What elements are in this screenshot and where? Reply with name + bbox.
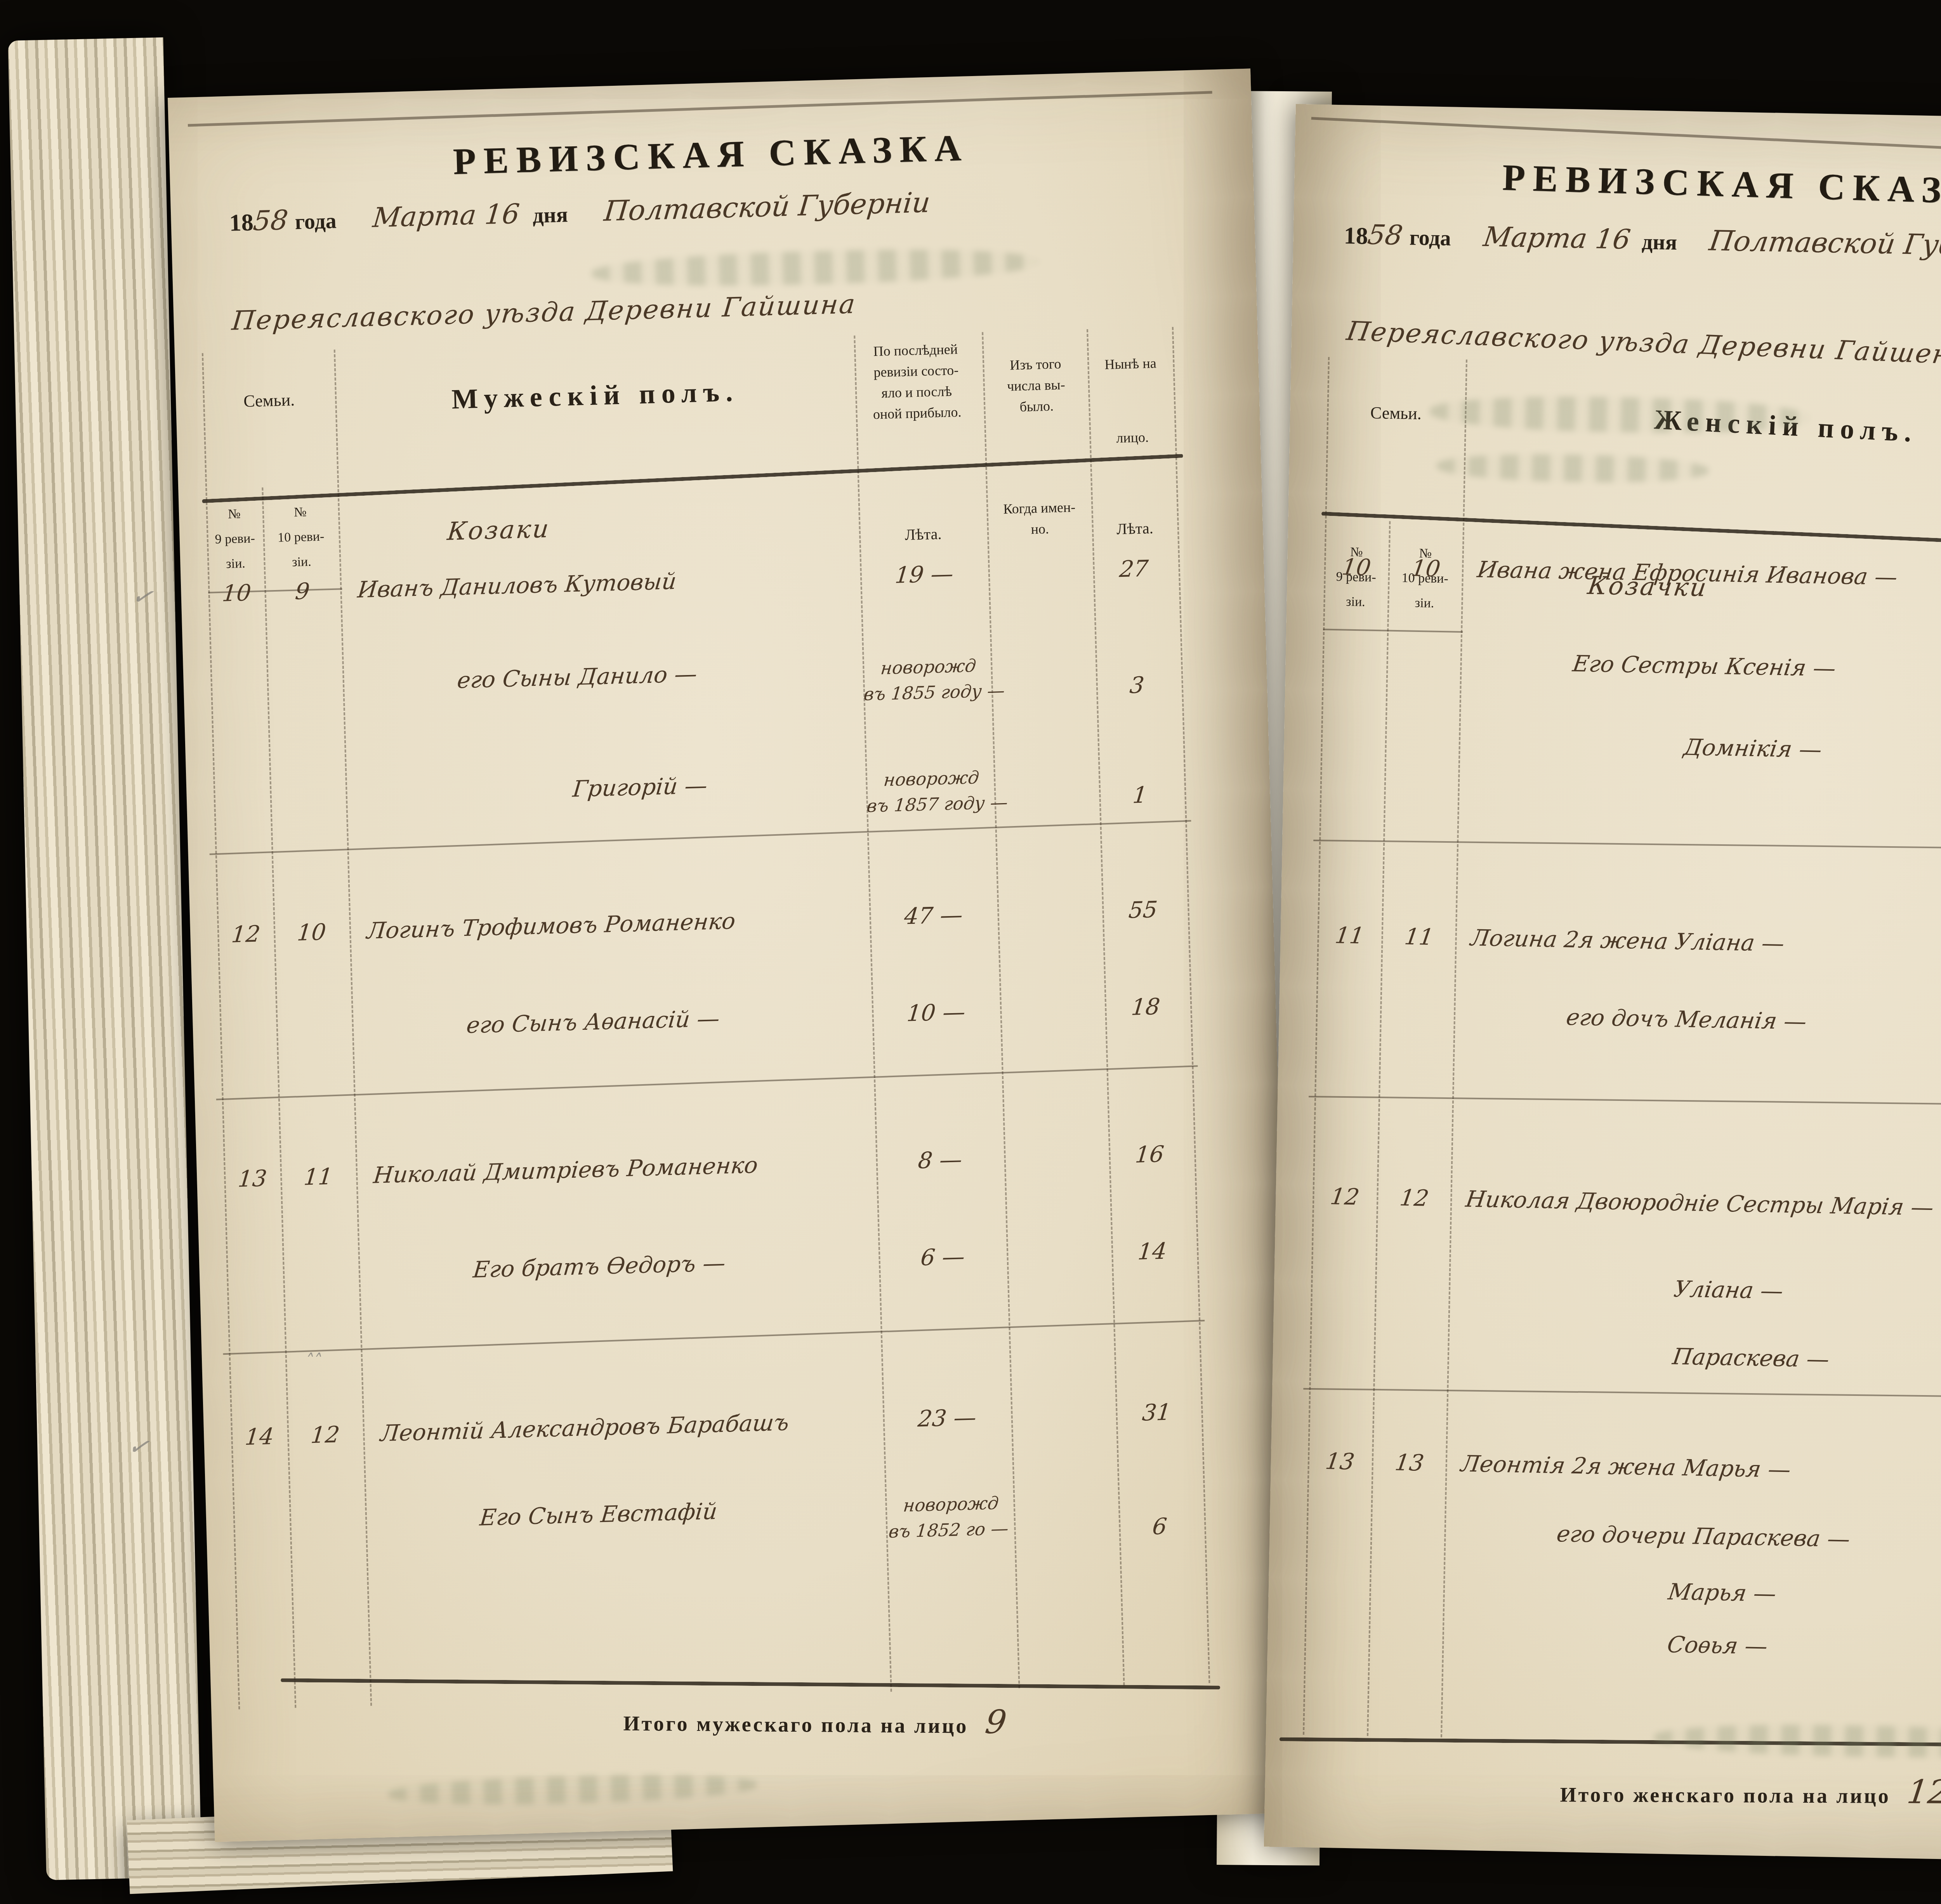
age-last-revision: 23 — bbox=[884, 1403, 1010, 1433]
person-name: его дочъ Меланія — bbox=[1467, 1002, 1941, 1042]
table-row: 10 9 Иванъ Даниловъ Кутовый 19 — 27 bbox=[208, 554, 1180, 639]
col-lastrev-line: яло и послѣ bbox=[881, 384, 952, 401]
printed-goda: года bbox=[295, 209, 337, 234]
family-no-rev9: 13 bbox=[1309, 1448, 1371, 1475]
bleed-through-smudge bbox=[388, 1771, 757, 1809]
printed-goda: года bbox=[1409, 226, 1451, 250]
col-now-line: лицо. bbox=[1090, 426, 1174, 449]
col-departed-line: числа вы- bbox=[1007, 377, 1065, 394]
person-name: Николай Дмитріевъ Романенко bbox=[372, 1149, 875, 1189]
age-last-revision: новорождвъ 1857 году — bbox=[866, 764, 995, 819]
person-name: его дочери Параскева — bbox=[1458, 1519, 1941, 1558]
family-no-rev10: 13 bbox=[1373, 1449, 1446, 1476]
right-page-title: РЕВИЗСКАЯ СКАЗКА bbox=[1294, 149, 1941, 219]
table-bottom-rule bbox=[281, 1678, 1220, 1689]
age-now: 18 bbox=[1106, 993, 1186, 1021]
col-now-line: Нынѣ на bbox=[1089, 352, 1172, 375]
age-now: 27 bbox=[1094, 554, 1174, 583]
table-row: Григорій — новорождвъ 1857 году — 1 bbox=[214, 759, 1185, 844]
col-lastrev-line: оной прибыло. bbox=[873, 404, 962, 422]
col-rev10-line: 10 реви- bbox=[278, 529, 325, 545]
age-last-revision: новорождвъ 1852 го — bbox=[885, 1490, 1014, 1545]
page-frame-top-rule bbox=[188, 91, 1212, 127]
person-name: Леонтій Александровъ Барабашъ bbox=[379, 1406, 882, 1446]
bleed-through-smudge bbox=[592, 245, 1039, 290]
age-now: 16 bbox=[1109, 1140, 1189, 1169]
family-no-rev9: 13 bbox=[226, 1165, 279, 1192]
family-no-rev9: 10 bbox=[1325, 554, 1387, 581]
age-now: 14 bbox=[1112, 1237, 1192, 1266]
person-name: Иванъ Даниловъ Кутовый bbox=[356, 563, 859, 603]
person-name: Ивана жена Ефросинія Иванова — bbox=[1476, 556, 1941, 594]
total-value: 12 bbox=[1905, 1773, 1941, 1811]
printed-18: 18 bbox=[229, 209, 254, 236]
family-subheader-rule bbox=[1323, 629, 1463, 633]
printed-dnya: дня bbox=[1642, 230, 1677, 255]
hand-year: 58 bbox=[252, 204, 290, 237]
table-row: Параскева — 14 bbox=[1309, 1336, 1941, 1413]
female-table: Семьи. Женскій полъ. Во времен- ной отлу… bbox=[1303, 357, 1941, 1757]
left-page: РЕВИЗСКАЯ СКАЗКА 1858 года Марта 16 дня … bbox=[168, 69, 1298, 1842]
table-row: 10 10 Ивана жена Ефросинія Иванова — 24 bbox=[1323, 554, 1941, 630]
estate-handwritten: Козаки bbox=[446, 515, 552, 546]
family-no-rev9: 14 bbox=[233, 1423, 286, 1451]
col-leta: Лѣта. bbox=[1093, 517, 1177, 540]
table-row: Его Сынъ Евстафій новорождвъ 1852 го — 6 bbox=[233, 1485, 1205, 1569]
person-name: Его Сестры Ксенія — bbox=[1474, 649, 1941, 688]
col-rev10-line: № bbox=[294, 505, 307, 520]
header-heavy-rule bbox=[202, 454, 1183, 503]
col-rev10-line: зіи. bbox=[292, 554, 312, 569]
table-row: 12 12 Николая Двоюродніе Сестры Марія — … bbox=[1312, 1183, 1941, 1259]
col-when-line: но. bbox=[1031, 521, 1049, 537]
table-row: Соѳья — 1 bbox=[1304, 1625, 1941, 1701]
age-now: 31 bbox=[1116, 1398, 1196, 1427]
col-when-line: Когда имен- bbox=[1003, 499, 1076, 517]
person-name: Домнікія — bbox=[1472, 730, 1941, 772]
hand-month-day: Марта 16 bbox=[1481, 221, 1632, 255]
age-last-revision: 10 — bbox=[873, 998, 999, 1028]
table-row: его дочъ Меланія — 21 bbox=[1315, 999, 1941, 1075]
right-page: РЕВИЗСКАЯ СКАЗКА 1858 года Марта 16 дня … bbox=[1264, 104, 1941, 1867]
age-now: 1 bbox=[1100, 781, 1180, 809]
bleed-through-smudge bbox=[1654, 1722, 1941, 1760]
hand-province: Полтавской Губерніи bbox=[1707, 224, 1941, 263]
col-rev9-line: зіи. bbox=[226, 556, 246, 571]
family-no-rev10: 11 bbox=[1382, 923, 1456, 951]
table-row: 11 11 Логина 2я жена Уліана — 58 bbox=[1317, 922, 1941, 998]
female-total-line: Итого женскаго пола на лицо 12 bbox=[1560, 1771, 1941, 1811]
age-now: 3 bbox=[1097, 671, 1177, 699]
table-row: 13 13 Леонтія 2я жена Марья — 38 bbox=[1307, 1448, 1941, 1524]
family-separator bbox=[1313, 840, 1941, 852]
person-name: Леонтія 2я жена Марья — bbox=[1459, 1450, 1941, 1488]
age-last-revision: 47 — bbox=[870, 901, 997, 930]
col-family: Семьи. bbox=[203, 389, 335, 413]
family-no-rev9: 12 bbox=[1314, 1183, 1376, 1210]
table-row: Его братъ Ѳедоръ — 6 — 14 bbox=[226, 1237, 1198, 1321]
hand-year: 58 bbox=[1366, 219, 1405, 251]
person-name: Уліана — bbox=[1463, 1272, 1941, 1314]
col-leta: Лѣта. bbox=[859, 522, 987, 547]
left-page-stack-edges bbox=[8, 37, 201, 1880]
table-row: 13 11 Николай Дмитріевъ Романенко 8 — 16 bbox=[224, 1140, 1195, 1224]
table-row: его Сынъ Аѳанасій — 10 — 18 bbox=[220, 993, 1191, 1077]
age-last-revision: 6 — bbox=[879, 1242, 1006, 1272]
col-rev9-line: № bbox=[228, 507, 241, 521]
col-male-sex: Мужескій полъ. bbox=[335, 372, 856, 418]
family-no-rev10: 11 bbox=[281, 1163, 355, 1191]
hand-province: Полтавской Губерніи bbox=[603, 186, 932, 227]
family-no-rev9: 11 bbox=[1319, 922, 1381, 949]
family-separator bbox=[223, 1320, 1205, 1355]
person-name: Параскева — bbox=[1461, 1340, 1941, 1381]
family-separator bbox=[1309, 1096, 1941, 1109]
left-date-line: 1858 года Марта 16 дня Полтавской Губерн… bbox=[229, 186, 931, 238]
total-label: Итого женскаго пола на лицо bbox=[1560, 1783, 1891, 1808]
family-no-rev10: 9 bbox=[265, 577, 339, 605]
col-lastrev-line: По послѣдней bbox=[873, 341, 958, 359]
table-row: 12 10 Логинъ Трофимовъ Романенко 47 — 55 bbox=[217, 896, 1189, 980]
total-label: Итого мужескаго пола на лицо bbox=[623, 1712, 968, 1738]
family-no-rev10: 12 bbox=[288, 1421, 362, 1449]
total-value: 9 bbox=[983, 1703, 1009, 1741]
printed-dnya: дня bbox=[532, 203, 568, 227]
male-total-line: Итого мужескаго пола на лицо 9 bbox=[623, 1700, 1006, 1741]
book-photograph: РЕВИЗСКАЯ СКАЗКА 1858 года Марта 16 дня … bbox=[0, 0, 1941, 1904]
pencil-caret-marks: ˄˄ bbox=[307, 1351, 323, 1370]
person-name: Логинъ Трофимовъ Романенко bbox=[366, 904, 869, 944]
printed-18: 18 bbox=[1344, 222, 1368, 249]
age-now: 6 bbox=[1120, 1512, 1200, 1541]
family-no-rev10: 10 bbox=[1389, 555, 1463, 582]
age-last-revision: 19 — bbox=[861, 559, 988, 589]
left-place-line: Переяславского уѣзда Деревни Гайшина bbox=[231, 289, 858, 337]
male-table: Семьи. Мужескій полъ. По послѣдней ревиз… bbox=[202, 327, 1209, 1711]
hand-month-day: Марта 16 bbox=[371, 198, 521, 233]
table-row: Уліана — 16 bbox=[1310, 1269, 1941, 1345]
age-last-revision: новорождвъ 1855 году — bbox=[863, 653, 992, 707]
right-date-line: 1858 года Марта 16 дня Полтавской Губерн… bbox=[1344, 217, 1941, 263]
left-page-title: РЕВИЗСКАЯ СКАЗКА bbox=[169, 118, 1253, 190]
table-row: Домнікія — 13 bbox=[1320, 727, 1941, 803]
col-lastrev-line: ревизіи состо- bbox=[873, 362, 959, 380]
col-rev9-line: 9 реви- bbox=[215, 531, 255, 547]
col-departed-line: было. bbox=[1019, 398, 1054, 415]
person-name: Логина 2я жена Уліана — bbox=[1469, 925, 1941, 962]
person-name: Николая Двоюродніе Сестры Марія — bbox=[1464, 1186, 1941, 1224]
table-row: 14 12 Леонтій Александровъ Барабашъ 23 —… bbox=[231, 1398, 1202, 1482]
age-last-revision: 8 — bbox=[877, 1145, 1003, 1175]
family-no-rev10: 10 bbox=[274, 918, 349, 946]
family-no-rev10: 12 bbox=[1378, 1184, 1451, 1212]
table-row: Его Сестры Ксенія — 26 bbox=[1322, 646, 1941, 722]
table-row: его Сыны Данило — новорождвъ 1855 году —… bbox=[210, 647, 1182, 732]
family-no-rev9: 12 bbox=[219, 920, 272, 948]
age-now: 55 bbox=[1103, 896, 1183, 924]
col-departed-line: Изъ того bbox=[1010, 356, 1061, 373]
family-no-rev9: 10 bbox=[210, 579, 263, 607]
